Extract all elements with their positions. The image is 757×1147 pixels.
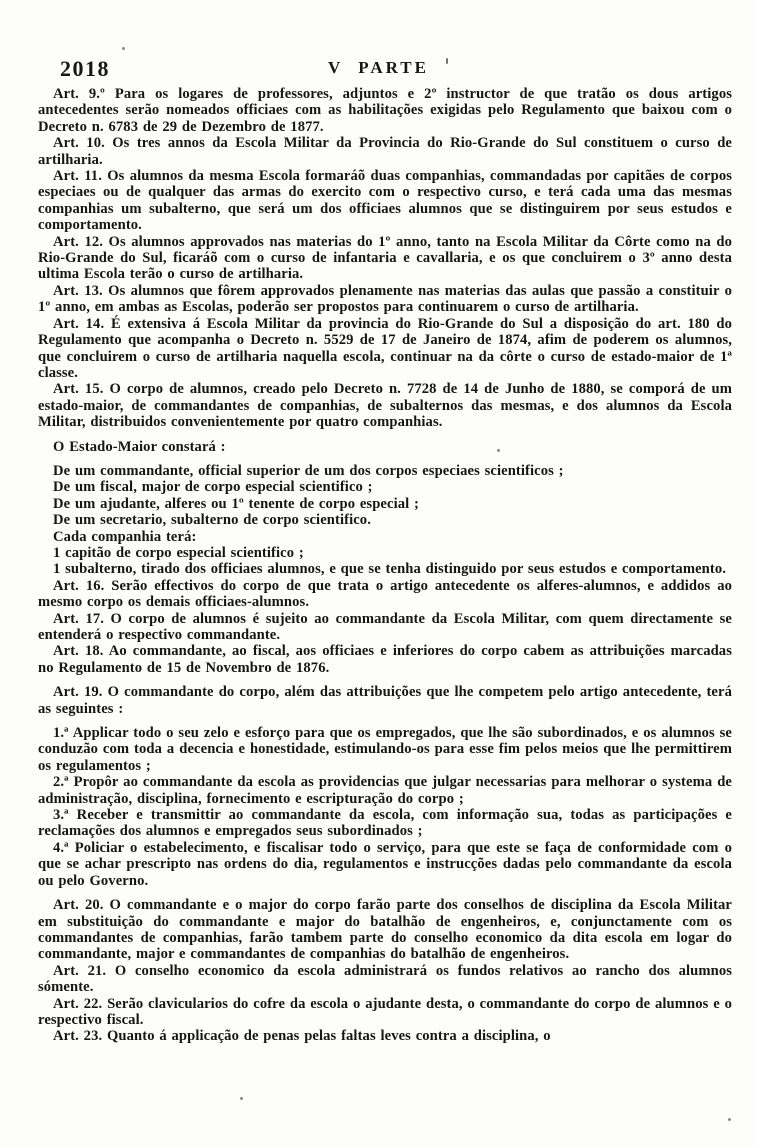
paragraph: Art. 9.º Para os logares de professores,… <box>38 86 732 135</box>
scan-speck <box>728 1118 731 1121</box>
paragraph: De um commandante, official superior de … <box>38 463 732 479</box>
scanned-page: 2018 V PARTE Art. 9.º Para os logares de… <box>0 0 757 1147</box>
paragraph: Art. 14. É extensiva á Escola Militar da… <box>38 316 732 382</box>
paragraph: Art. 11. Os alumnos da mesma Escola form… <box>38 168 732 234</box>
paragraph: Art. 21. O conselho economico da escola … <box>38 963 732 996</box>
page-header-title: V PARTE <box>0 58 757 78</box>
paragraph: Art. 17. O corpo de alumnos é sujeito ao… <box>38 611 732 644</box>
paragraph: Art. 23. Quanto á applicação de penas pe… <box>38 1028 732 1044</box>
paragraph: Cada companhia terá: <box>38 529 732 545</box>
paragraph: 1 subalterno, tirado dos officiaes alumn… <box>38 561 732 577</box>
paragraph: Art. 22. Serão clavicularios do cofre da… <box>38 996 732 1029</box>
paragraph: O Estado-Maior constará : <box>38 439 732 455</box>
document-body: Art. 9.º Para os logares de professores,… <box>38 86 732 1045</box>
paragraph: 4.ª Policiar o estabelecimento, e fiscal… <box>38 840 732 889</box>
paragraph: Art. 16. Serão effectivos do corpo de qu… <box>38 578 732 611</box>
paragraph: Art. 13. Os alumnos que fôrem approvados… <box>38 283 732 316</box>
scan-speck <box>240 1097 243 1100</box>
paragraph: Art. 12. Os alumnos approvados nas mater… <box>38 234 732 283</box>
paragraph: De um secretario, subalterno de corpo sc… <box>38 512 732 528</box>
paragraph: De um fiscal, major de corpo especial sc… <box>38 479 732 495</box>
paragraph: 2.ª Propôr ao commandante da escola as p… <box>38 774 732 807</box>
paragraph: Art. 18. Ao commandante, ao fiscal, aos … <box>38 643 732 676</box>
paragraph: 1.ª Applicar todo o seu zelo e esforço p… <box>38 725 732 774</box>
paragraph: Art. 19. O commandante do corpo, além da… <box>38 684 732 717</box>
paragraph: Art. 10. Os tres annos da Escola Militar… <box>38 135 732 168</box>
paragraph: Art. 15. O corpo de alumnos, creado pelo… <box>38 381 732 430</box>
paragraph: 1 capitão de corpo especial scientifico … <box>38 545 732 561</box>
scan-speck <box>446 58 448 64</box>
paragraph: Art. 20. O commandante e o major do corp… <box>38 897 732 963</box>
paragraph: De um ajudante, alferes ou 1º tenente de… <box>38 496 732 512</box>
scan-speck <box>497 449 500 452</box>
scan-speck <box>122 47 125 50</box>
paragraph: 3.ª Receber e transmittir ao commandante… <box>38 807 732 840</box>
